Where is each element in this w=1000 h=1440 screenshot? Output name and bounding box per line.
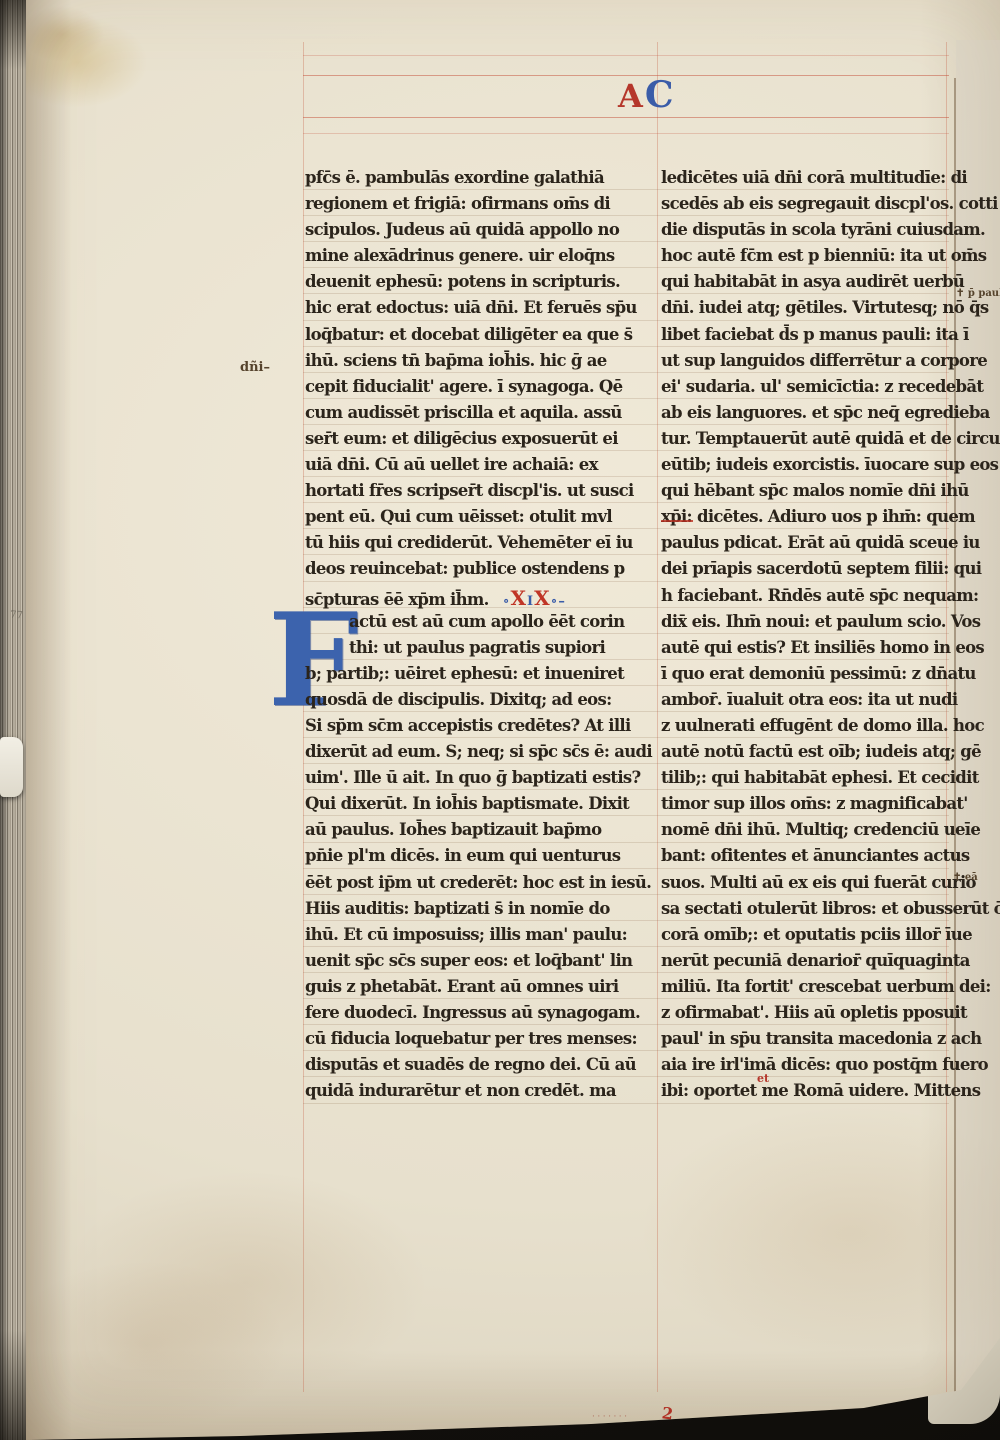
edge-pencil-mark: 77 [10, 610, 23, 622]
text-line: dn̄i. iudei atq; gētiles. Virtutesq; nō … [661, 298, 961, 324]
text-line: Si sp̄m sc̄m accepistis credētes? At ill… [305, 716, 649, 742]
text-line: libet faciebat d̄s p manus pauli: ita ī [661, 325, 961, 351]
text-line: h faciebant. Rn̄dēs autē sp̄c nequam: [661, 586, 961, 612]
bookmark-tab [0, 737, 23, 797]
text-line: ab eis languores. et sp̄c neq̄ egredieba [661, 403, 961, 429]
rubric-x: X [534, 586, 551, 610]
text-line: disputās et suadēs de regno dei. Cū aū [305, 1055, 649, 1081]
text-line: hic erat edoctus: uiā dn̄i. Et feruēs sp… [305, 298, 649, 324]
text-line: aia ire irl'imā dicēs: quo postq̄m fuero [661, 1055, 961, 1081]
text-line: eūtib; iudeis exorcistis. īuocare sup eo… [661, 455, 961, 481]
text-line: deuenit ephesū: potens in scripturis. [305, 272, 649, 298]
text-line: z ofirmabat'. Hiis aū opletis pposuit [661, 1003, 961, 1029]
text-line: uiā dn̄i. Cū aū uellet ire achaiā: ex [305, 455, 649, 481]
text-line: Hiis auditis: baptizati s̄ in nomīe do [305, 899, 649, 925]
text-line: ledicētes uiā dn̄i corā multitudīe: di [661, 168, 961, 194]
margin-note-ea: ✝ eā [953, 872, 978, 883]
text-line: regionem et frigiā: ofirmans om̄s di [305, 194, 649, 220]
text-line: mine alexādrinus genere. uir eloq̄ns [305, 246, 649, 272]
running-title-letter-a: A [618, 77, 643, 115]
chapter-number-xix: ∘XIX∘– [503, 590, 566, 609]
text-line: dix̄ eis. Ihm̄ noui: et paulum scio. Vos [661, 612, 961, 638]
red-strikethrough-xpi [661, 520, 693, 522]
rubric-flourish: ∘– [551, 594, 566, 609]
margin-note-dni: dñi– [240, 360, 270, 375]
text-line: xp̄i: dicētes. Adiuro uos p ihm̄: quem [661, 507, 961, 533]
running-title-letter-c: C [645, 74, 674, 116]
text-line: paulus pdicat. Erāt aū quidā sceue iu [661, 533, 961, 559]
text-line: ei' sudaria. ul' semicīctia: z recedebāt [661, 377, 961, 403]
ruling-horizontal [303, 133, 949, 134]
text-line: pfc̄s ē. pambulās exordine galathiā [305, 168, 649, 194]
ruling-horizontal [303, 117, 949, 118]
text-line: ihū. Et cū imposuiss; illis man' paulu: [305, 925, 649, 951]
text-line: ī quo erat demoniū pessimū: z dn̄atu [661, 664, 961, 690]
text-line: tur. Temptauerūt autē quidā et de circu [661, 429, 961, 455]
text-line: autē qui estis? Et insiliēs homo in eos [661, 638, 961, 664]
text-line: dei prīapis sacerdotū septem filii: qui [661, 559, 961, 585]
text-line: hortati fr̄es scripser̄t discpl'is. ut s… [305, 481, 649, 507]
text-line: z uulnerati effugēnt de domo illa. hoc [661, 716, 961, 742]
text-line: uenit sp̄c sc̄s super eos: et loq̄bant' … [305, 951, 649, 977]
ruling-horizontal [303, 55, 949, 56]
text-line: scipulos. Judeus aū quidā appollo no [305, 220, 649, 246]
text-line: aū paulus. Ioh̄es baptizauit bap̄mo [305, 820, 649, 846]
text-line: nomē dn̄i ihū. Multiq; credenciū ueīe [661, 820, 961, 846]
text-line: bant: ofitentes et ānunciantes actus [661, 846, 961, 872]
text-line: autē notū factū est oīb; iudeis atq; gē [661, 742, 961, 768]
text-line: Qui dixerūt. In ioh̄is baptismate. Dixit [305, 794, 649, 820]
running-title: AC [618, 74, 673, 116]
margin-note-paul: ✝ p̄ paul [956, 288, 1000, 299]
text-line: uim'. Ille ū ait. In quo ḡ baptizati est… [305, 768, 649, 794]
text-line: qui habitabāt in asya audirēt uerbū [661, 272, 961, 298]
line-text: sc̄pturas ēē xp̄m ih̄m. [305, 590, 489, 609]
text-line: tilib;: qui habitabāt ephesi. Et cecidit [661, 768, 961, 794]
rubric-i: I [527, 594, 534, 609]
text-line: loq̄batur: et docebat diligēter ea que s… [305, 325, 649, 351]
text-line: ihū. sciens tn̄ bap̄ma ioh̄is. hic ḡ ae [305, 351, 649, 377]
text-line: hoc autē fc̄m est p bienniū: ita ut om̄s [661, 246, 961, 272]
text-line: miliū. Ita fortit' crescebat uerbum dei: [661, 977, 961, 1003]
quire-dots: ······· [592, 1412, 630, 1422]
text-line: nerūt pecuniā denarior̄ quīquaginta [661, 951, 961, 977]
text-line: quosdā de discipulis. Dixitq; ad eos: [305, 690, 649, 716]
text-line: fere duodecī. Ingressus aū synagogam. [305, 1003, 649, 1029]
text-column-left: pfc̄s ē. pambulās exordine galathiā regi… [305, 168, 649, 1107]
text-line: ser̄t eum: et diligēcius exposuerūt ei [305, 429, 649, 455]
text-line: thi: ut paulus pagratis supiori [305, 638, 649, 664]
text-line: b; partib;: uēiret ephesū: et inueniret [305, 664, 649, 690]
text-line: cū fiducia loquebatur per tres menses: [305, 1029, 649, 1055]
text-line: ut sup languidos differrētur a corpore [661, 351, 961, 377]
text-line: timor sup illos om̄s: z magnificabat' [661, 794, 961, 820]
text-line: suos. Multi aū ex eis qui fuerāt curio [661, 873, 961, 899]
text-line: qui hēbant sp̄c malos nomīe dn̄i ihū [661, 481, 961, 507]
text-line: paul' in sp̄u transita macedonia z ach [661, 1029, 961, 1055]
text-line: corā omīb;: et oputatis pciis illor̄ īue [661, 925, 961, 951]
text-line: ibi: oportet me Romā uidere. Mittens [661, 1081, 961, 1107]
text-line: guis z phetabāt. Erant aū omnes uiri [305, 977, 649, 1003]
text-line: quidā indurarētur et non credēt. ma [305, 1081, 649, 1107]
text-line: ambor̄. īualuit otra eos: ita ut nudi [661, 690, 961, 716]
text-line-with-chapter-rubric: sc̄pturas ēē xp̄m ih̄m.∘XIX∘– [305, 586, 649, 612]
text-line: cum audissēt priscilla et aquila. assū [305, 403, 649, 429]
text-line: dixerūt ad eum. S; neq; si sp̄c sc̄s ē: … [305, 742, 649, 768]
manuscript-page: AC F pfc̄s ē. pambulās exordine galathiā… [26, 0, 1000, 1440]
text-column-right: ledicētes uiā dn̄i corā multitudīe: di s… [661, 168, 961, 1107]
text-line: die disputās in scola tyrāni cuiusdam. [661, 220, 961, 246]
text-line: deos reuincebat: publice ostendens p [305, 559, 649, 585]
text-line: pn̄ie pl'm dicēs. in eum qui uenturus [305, 846, 649, 872]
text-line: ēēt post ip̄m ut crederēt: hoc est in ie… [305, 873, 649, 899]
text-line: tū hiis qui crediderūt. Vehemēter eī iu [305, 533, 649, 559]
text-line: actū est aū cum apollo ēēt corin [305, 612, 649, 638]
text-line: pent eū. Qui cum uēisset: otulit mvl [305, 507, 649, 533]
quire-mark: 2 [661, 1403, 675, 1423]
rubric-x: X [510, 586, 527, 610]
text-line: scedēs ab eis segregauit discpl'os. cott… [661, 194, 961, 220]
text-line: sa sectati otulerūt libros: et obusserūt… [661, 899, 961, 925]
text-line: cepit fiducialit' agere. ī synagoga. Qē [305, 377, 649, 403]
interlinear-correction-et: et [757, 1072, 769, 1085]
